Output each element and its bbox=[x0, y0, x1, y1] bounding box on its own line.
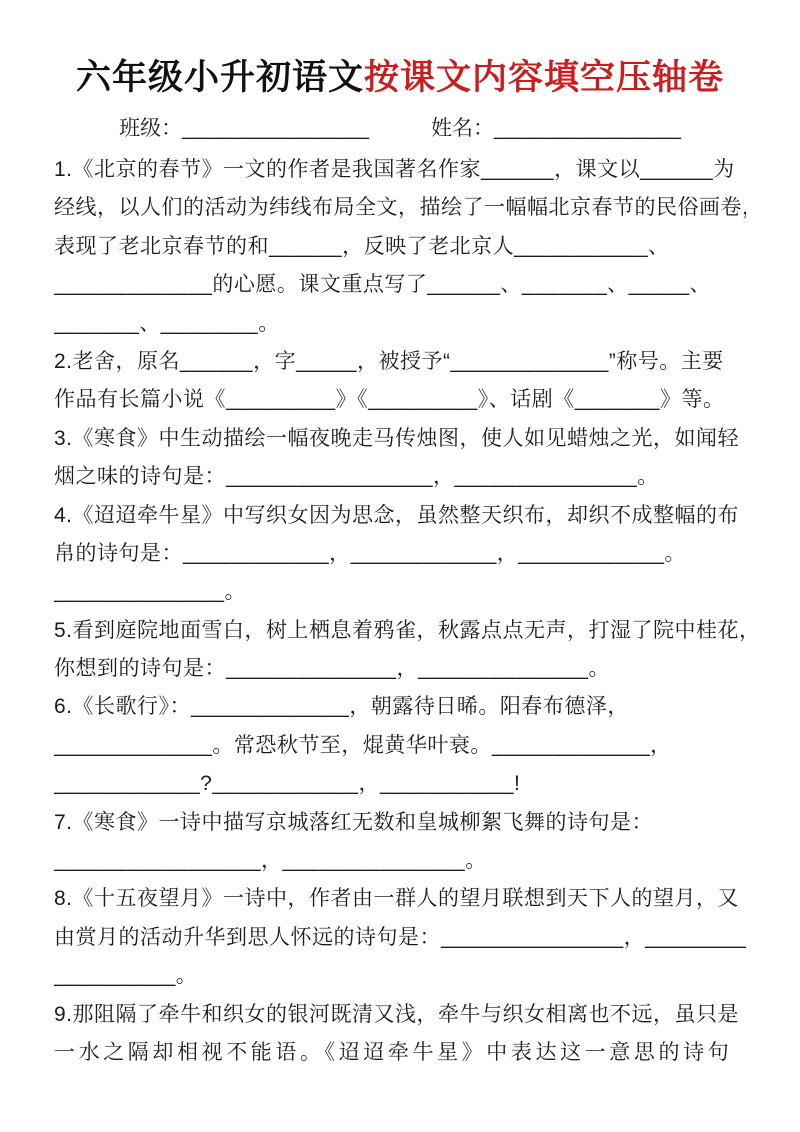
question-line: 表现了老北京春节的和______，反映了老北京人___________、 bbox=[54, 228, 746, 266]
question-line: ____________?____________，___________! bbox=[54, 765, 746, 803]
title-black-part: 六年级小升初语文 bbox=[76, 58, 364, 97]
worksheet-page: 六年级小升初语文按课文内容填空压轴卷 班级：________________ 姓… bbox=[0, 0, 800, 1132]
question-line: ______________。 bbox=[54, 573, 746, 611]
question-line: 9.那阻隔了牵牛和织女的银河既清又浅，牵牛与织女相离也不远，虽只是 bbox=[54, 996, 746, 1034]
class-blank-line: ________________ bbox=[182, 117, 369, 140]
question-7: 7.《寒食》一诗中描写京城落红无数和皇城柳絮飞舞的诗句是： __________… bbox=[54, 804, 746, 881]
title-red-part: 按课文内容填空压轴卷 bbox=[364, 58, 724, 97]
question-line: 3.《寒食》中生动描绘一幅夜晚走马传烛图，使人如见蜡烛之光，如闻轻 bbox=[54, 420, 746, 458]
question-line: 帛的诗句是：____________，____________，________… bbox=[54, 535, 746, 573]
meta-row: 班级：________________ 姓名：________________ bbox=[0, 114, 800, 144]
question-line: 7.《寒食》一诗中描写京城落红无数和皇城柳絮飞舞的诗句是： bbox=[54, 804, 746, 842]
question-line: _____________。常恐秋节至，焜黄华叶衰。_____________， bbox=[54, 727, 746, 765]
question-3: 3.《寒食》中生动描绘一幅夜晚走马传烛图，使人如见蜡烛之光，如闻轻 烟之味的诗句… bbox=[54, 420, 746, 497]
question-line: 经线，以人们的活动为纬线布局全文，描绘了一幅幅北京春节的民俗画卷， bbox=[54, 189, 746, 227]
question-line: 作品有长篇小说《_________》《_________》、话剧《_______… bbox=[54, 381, 746, 419]
question-line: __________。 bbox=[54, 957, 746, 995]
question-line: 8.《十五夜望月》一诗中，作者由一群人的望月联想到天下人的望月，又 bbox=[54, 880, 746, 918]
question-9: 9.那阻隔了牵牛和织女的银河既清又浅，牵牛与织女相离也不远，虽只是 一水之隔却相… bbox=[54, 996, 746, 1073]
name-label: 姓名： bbox=[431, 117, 494, 140]
question-line: 烟之味的诗句是：_________________，______________… bbox=[54, 458, 746, 496]
question-line: 一水之隔却相视不能语。《迢迢牵牛星》中表达这一意思的诗句 bbox=[54, 1034, 746, 1072]
question-line: 1.《北京的春节》一文的作者是我国著名作家______，课文以______为 bbox=[54, 151, 746, 189]
question-line: _________________，_______________。 bbox=[54, 842, 746, 880]
question-line: 6.《长歌行》：_____________，朝露待日晞。阳春布德泽， bbox=[54, 688, 746, 726]
question-6: 6.《长歌行》：_____________，朝露待日晞。阳春布德泽， _____… bbox=[54, 688, 746, 803]
question-line: 你想到的诗句是：______________，______________。 bbox=[54, 650, 746, 688]
question-line: 5.看到庭院地面雪白，树上栖息着鸦雀，秋露点点无声，打湿了院中桂花， bbox=[54, 612, 746, 650]
name-field: 姓名：________________ bbox=[431, 114, 681, 144]
question-4: 4.《迢迢牵牛星》中写织女因为思念，虽然整天织布，却织不成整幅的布 帛的诗句是：… bbox=[54, 497, 746, 612]
question-line: _____________的心愿。课文重点写了______、_______、__… bbox=[54, 266, 746, 304]
question-1: 1.《北京的春节》一文的作者是我国著名作家______，课文以______为 经… bbox=[54, 151, 746, 343]
question-line: _______、________。 bbox=[54, 305, 746, 343]
class-label: 班级： bbox=[119, 117, 182, 140]
questions-list: 1.《北京的春节》一文的作者是我国著名作家______，课文以______为 经… bbox=[54, 151, 746, 1072]
question-line: 2.老舍，原名______，字_____，被授予“_____________”称… bbox=[54, 343, 746, 381]
class-field: 班级：________________ bbox=[119, 114, 369, 144]
question-8: 8.《十五夜望月》一诗中，作者由一群人的望月联想到天下人的望月，又 由赏月的活动… bbox=[54, 880, 746, 995]
name-blank-line: ________________ bbox=[494, 117, 681, 140]
question-5: 5.看到庭院地面雪白，树上栖息着鸦雀，秋露点点无声，打湿了院中桂花， 你想到的诗… bbox=[54, 612, 746, 689]
page-title: 六年级小升初语文按课文内容填空压轴卷 bbox=[0, 0, 800, 101]
question-line: 由赏月的活动升华到思人怀远的诗句是：_______________，______… bbox=[54, 919, 746, 957]
question-line: 4.《迢迢牵牛星》中写织女因为思念，虽然整天织布，却织不成整幅的布 bbox=[54, 497, 746, 535]
question-2: 2.老舍，原名______，字_____，被授予“_____________”称… bbox=[54, 343, 746, 420]
